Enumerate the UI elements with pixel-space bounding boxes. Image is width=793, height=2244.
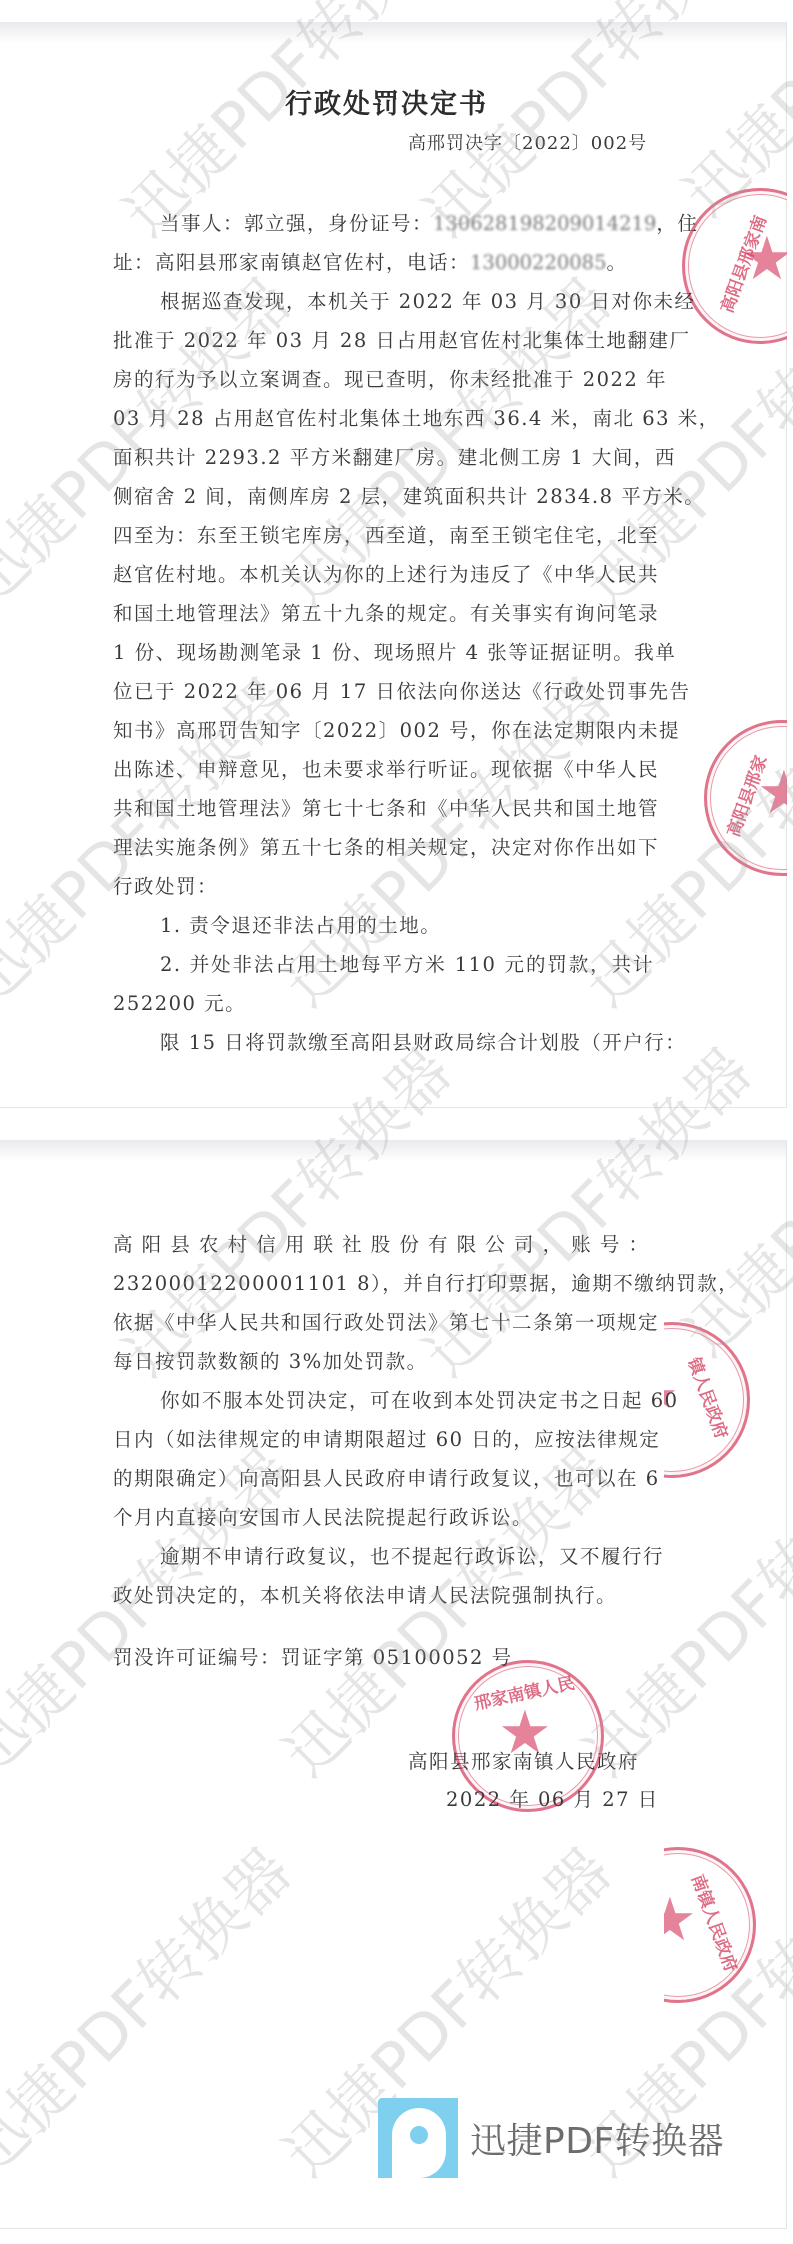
body-line: 出陈述、申辩意见，也未要求举行听证。现依据《中华人民: [113, 758, 654, 782]
body-line: 侧宿舍 2 间，南侧库房 2 层，建筑面积共计 2834.8 平方米。: [113, 485, 654, 509]
document-number: 高邢罚决字〔2022〕002号: [408, 129, 647, 155]
body-line: 每日按罚款数额的 3%加处罚款。: [113, 1350, 654, 1374]
penalty-item-1: 1. 责令退还非法占用的土地。: [160, 914, 654, 938]
page-shadow: [0, 22, 786, 44]
text-fragment: ，住: [656, 212, 698, 235]
penalty-item-2: 2. 并处非法占用土地每平方米 110 元的罚款，共计: [160, 953, 654, 977]
issuer-name: 高阳县邢家南镇人民政府: [408, 1750, 668, 1774]
official-seal-4: ★ 南镇人民政府: [664, 1845, 787, 2005]
official-seal-3: ★ 镇人民政府: [664, 1320, 787, 1480]
account-line: 23200012200001101 8），并自行打印票据，逾期不缴纳罚款，: [113, 1272, 654, 1296]
seal-text: 镇人民政府: [683, 1353, 736, 1441]
body-line: 赵官佐村地。本机关认为你的上述行为违反了《中华人民共: [113, 563, 654, 587]
official-seal-1: ★ 高阳县邢家南: [660, 180, 787, 350]
payment-line: 限 15 日将罚款缴至高阳县财政局综合计划股（开户行：: [160, 1031, 654, 1055]
id-number-redacted: 130628198209014219: [433, 212, 656, 235]
body-line: 根据巡查发现，本机关于 2022 年 03 月 30 日对你未经: [160, 290, 654, 314]
body-line: 依据《中华人民共和国行政处罚法》第七十二条第一项规定: [113, 1311, 654, 1335]
phone-redacted: 13000220085: [470, 251, 606, 274]
issue-date: 2022 年 06 月 27 日: [446, 1788, 666, 1812]
penalty-total: 252200 元。: [113, 992, 645, 1016]
document-page-2: [0, 1140, 787, 2229]
pdf-converter-logo-icon: [378, 2098, 458, 2178]
body-line: 房的行为予以立案调查。现已查明，你未经批准于 2022 年: [113, 368, 654, 392]
appeal-line: 日内（如法律规定的申请期限超过 60 日的，应按法律规定: [113, 1428, 654, 1452]
enforcement-line: 政处罚决定的，本机关将依法申请人民法院强制执行。: [113, 1584, 654, 1608]
appeal-line: 你如不服本处罚决定，可在收到本处罚决定书之日起 60: [160, 1389, 654, 1413]
party-label: 当事人：郭立强，身份证号：: [160, 212, 433, 235]
body-line: 03 月 28 占用赵官佐村北集体土地东西 36.4 米，南北 63 米，: [113, 407, 654, 431]
page-shadow: [0, 1140, 786, 1162]
body-line: 和国土地管理法》第五十九条的规定。有关事实有询问笔录: [113, 602, 654, 626]
document-title: 行政处罚决定书: [285, 82, 488, 121]
body-line: 批准于 2022 年 03 月 28 日占用赵官佐村北集体土地翻建厂: [113, 329, 654, 353]
brand-name: 迅捷PDF转换器: [470, 2113, 724, 2164]
permit-number: 罚没许可证编号：罚证字第 05100052 号: [113, 1646, 654, 1670]
party-info-line-1: 当事人：郭立强，身份证号：130628198209014219，住: [160, 212, 654, 236]
address-label: 址：高阳县邢家南镇赵官佐村，电话：: [113, 251, 470, 274]
body-line: 理法实施条例》第五十七条的相关规定，决定对你作出如下: [113, 836, 654, 860]
text-fragment: 。: [607, 251, 628, 274]
body-line: 1 份、现场勘测笔录 1 份、现场照片 4 张等证据证明。我单: [113, 641, 654, 665]
body-line: 四至为：东至王锁宅库房，西至道，南至王锁宅住宅，北至: [113, 524, 654, 548]
party-info-line-2: 址：高阳县邢家南镇赵官佐村，电话：13000220085。: [113, 251, 645, 275]
converter-branding: 迅捷PDF转换器: [378, 2098, 724, 2178]
bank-line: 高阳县农村信用联社股份有限公司，账号：: [113, 1233, 654, 1257]
appeal-line: 的期限确定）向高阳县人民政府申请行政复议，也可以在 6: [113, 1467, 654, 1491]
body-line: 位已于 2022 年 06 月 17 日依法向你送达《行政处罚事先告: [113, 680, 654, 704]
body-line: 面积共计 2293.2 平方米翻建厂房。建北侧工房 1 大间，西: [113, 446, 654, 470]
appeal-line: 个月内直接向安国市人民法院提起行政诉讼。: [113, 1506, 654, 1530]
body-line: 行政处罚：: [113, 875, 654, 899]
body-line: 知书》高邢罚告知字〔2022〕002 号，你在法定期限内未提: [113, 719, 654, 743]
official-seal-2: ★ 高阳县邢家: [700, 720, 787, 880]
enforcement-line: 逾期不申请行政复议，也不提起行政诉讼，又不履行行: [160, 1545, 654, 1569]
seal-star-icon: ★: [664, 1890, 697, 1950]
body-line: 共和国土地管理法》第七十七条和《中华人民共和国土地管: [113, 797, 654, 821]
